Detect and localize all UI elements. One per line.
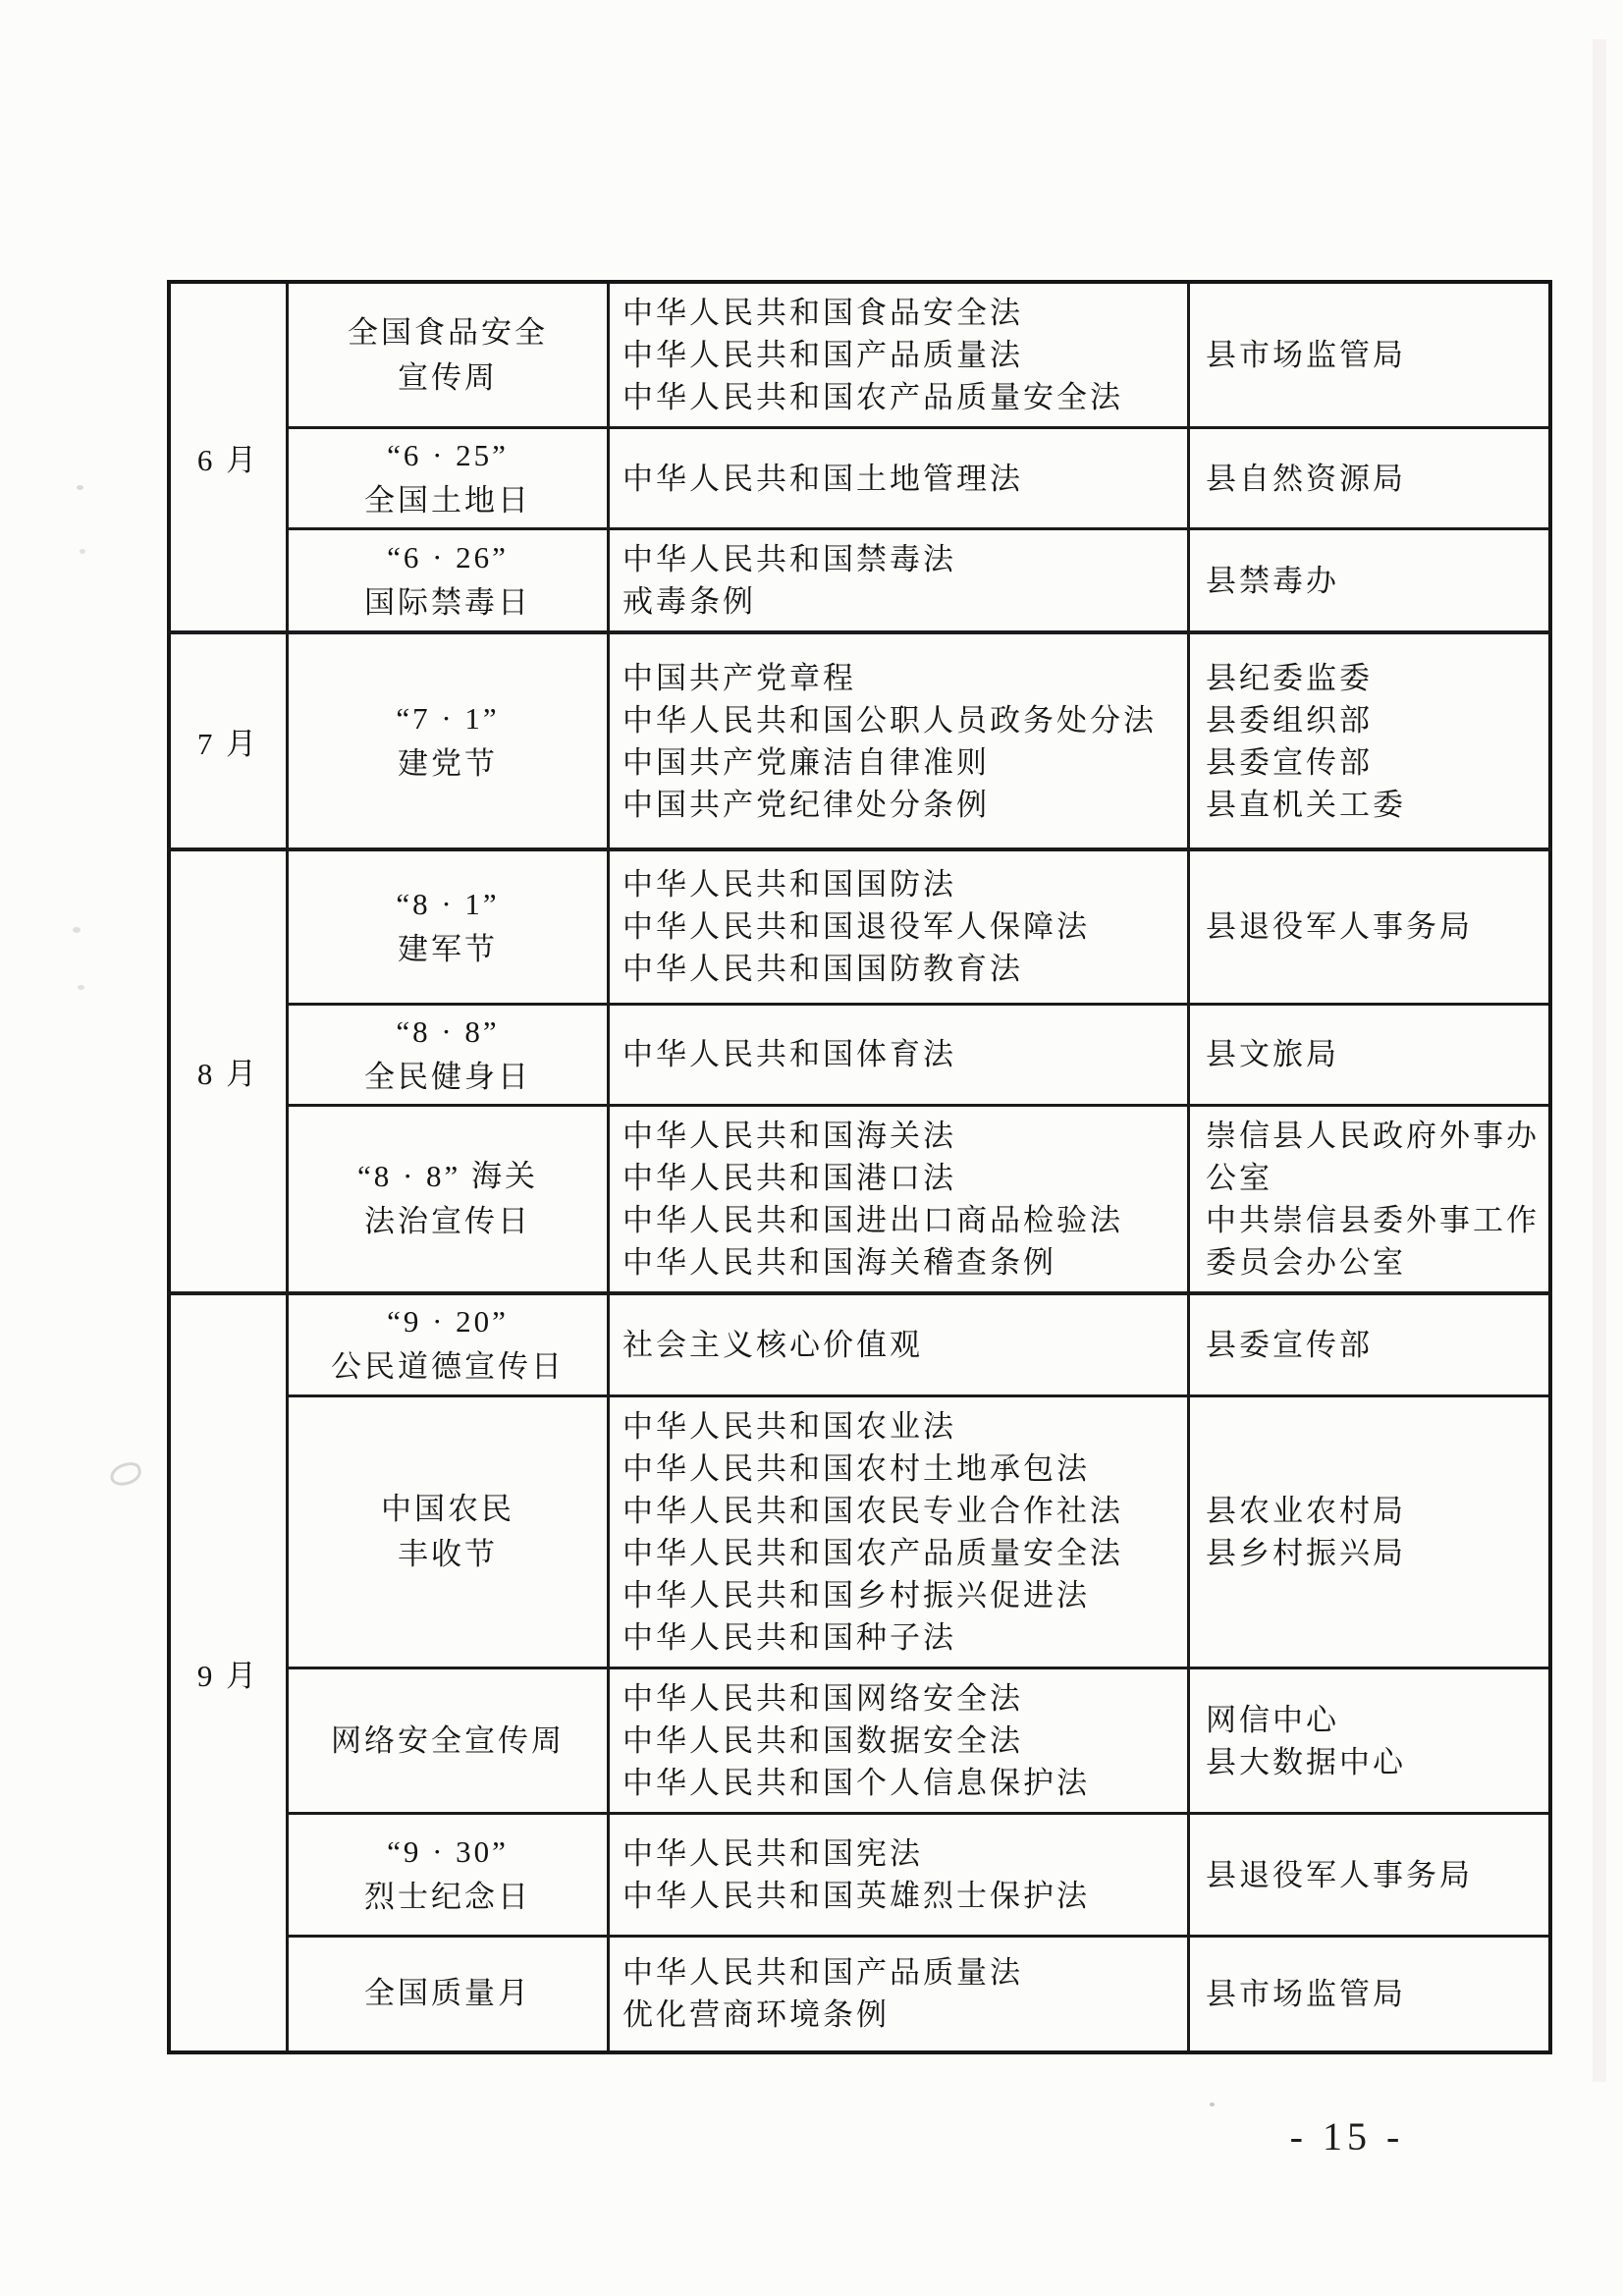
law-line: 中华人民共和国英雄烈士保护法 <box>622 1875 1185 1917</box>
event-cell: “9 · 20” 公民道德宣传日 <box>288 1293 609 1396</box>
law-line: 中国共产党章程 <box>622 657 1185 699</box>
law-line: 中华人民共和国农产品质量安全法 <box>622 376 1185 418</box>
laws-cell: 中华人民共和国禁毒法 戒毒条例 <box>609 529 1189 633</box>
month-cell: 8 月 <box>169 849 288 1293</box>
dept-cell: 崇信县人民政府外事办公室 中共崇信县委外事工作委员会办公室 <box>1189 1105 1551 1293</box>
page-number: - 15 - <box>1239 2113 1455 2159</box>
event-line: 国际禁毒日 <box>295 580 601 626</box>
dept-line: 县委宣传部 <box>1206 1324 1544 1366</box>
event-line: 全国食品安全 <box>295 310 601 355</box>
dept-cell: 县退役军人事务局 <box>1189 849 1551 1004</box>
event-line: 法治宣传日 <box>295 1199 601 1244</box>
laws-cell: 中华人民共和国食品安全法 中华人民共和国产品质量法 中华人民共和国农产品质量安全… <box>609 282 1189 428</box>
event-cell: “9 · 30” 烈士纪念日 <box>288 1814 609 1937</box>
event-line: “6 · 26” <box>295 535 601 580</box>
dept-cell: 县自然资源局 <box>1189 428 1551 529</box>
law-line: 中华人民共和国产品质量法 <box>622 334 1185 376</box>
event-line: “8 · 1” <box>295 882 601 927</box>
laws-cell: 社会主义核心价值观 <box>609 1293 1189 1396</box>
law-line: 中华人民共和国海关稽查条例 <box>622 1241 1185 1284</box>
scan-artifact <box>108 1460 143 1488</box>
event-line: 中国农民 <box>295 1487 601 1532</box>
event-cell: “6 · 25” 全国土地日 <box>288 428 609 529</box>
dept-line: 县市场监管局 <box>1206 334 1544 376</box>
dept-line: 中共崇信县委外事工作委员会办公室 <box>1206 1199 1544 1284</box>
event-line: 建党节 <box>295 741 601 787</box>
dept-line: 县乡村振兴局 <box>1206 1532 1544 1574</box>
event-line: “9 · 20” <box>295 1299 601 1344</box>
scan-artifact <box>73 927 81 933</box>
month-cell: 9 月 <box>169 1293 288 2052</box>
dept-line: 县市场监管局 <box>1206 1973 1544 2015</box>
dept-cell: 县委宣传部 <box>1189 1293 1551 1396</box>
event-cell: 全国质量月 <box>288 1937 609 2052</box>
dept-line: 县退役军人事务局 <box>1206 1854 1544 1896</box>
law-line: 中华人民共和国乡村振兴促进法 <box>622 1574 1185 1616</box>
law-line: 中华人民共和国土地管理法 <box>622 458 1185 500</box>
month-cell: 7 月 <box>169 632 288 849</box>
dept-cell: 县市场监管局 <box>1189 1937 1551 2052</box>
law-line: 中华人民共和国农业法 <box>622 1405 1185 1448</box>
event-line: “8 · 8” <box>295 1010 601 1055</box>
event-line: 烈士纪念日 <box>295 1875 601 1920</box>
laws-cell: 中华人民共和国海关法 中华人民共和国港口法 中华人民共和国进出口商品检验法 中华… <box>609 1105 1189 1293</box>
event-line: 公民道德宣传日 <box>295 1344 601 1390</box>
law-line: 中华人民共和国农产品质量安全法 <box>622 1532 1185 1574</box>
laws-cell: 中华人民共和国宪法 中华人民共和国英雄烈士保护法 <box>609 1814 1189 1937</box>
law-line: 中国共产党廉洁自律准则 <box>622 741 1185 784</box>
laws-cell: 中华人民共和国国防法 中华人民共和国退役军人保障法 中华人民共和国国防教育法 <box>609 849 1189 1004</box>
event-line: 建军节 <box>295 927 601 972</box>
law-line: 戒毒条例 <box>622 580 1185 623</box>
scan-artifact <box>77 485 83 490</box>
dept-line: 县退役军人事务局 <box>1206 905 1544 948</box>
dept-cell: 县退役军人事务局 <box>1189 1814 1551 1937</box>
law-line: 中华人民共和国种子法 <box>622 1616 1185 1659</box>
dept-line: 网信中心 <box>1206 1699 1544 1741</box>
dept-line: 县直机关工委 <box>1206 784 1544 826</box>
event-cell: 全国食品安全 宣传周 <box>288 282 609 428</box>
dept-line: 县农业农村局 <box>1206 1490 1544 1532</box>
law-line: 中华人民共和国农民专业合作社法 <box>622 1490 1185 1532</box>
event-cell: 网络安全宣传周 <box>288 1668 609 1814</box>
event-line: 宣传周 <box>295 355 601 401</box>
law-line: 中华人民共和国海关法 <box>622 1115 1185 1157</box>
law-line: 中华人民共和国国防教育法 <box>622 948 1185 990</box>
document-page: 6 月 全国食品安全 宣传周 中华人民共和国食品安全法 中华人民共和国产品质量法… <box>0 0 1623 2296</box>
dept-cell: 网信中心 县大数据中心 <box>1189 1668 1551 1814</box>
dept-line: 县大数据中心 <box>1206 1741 1544 1783</box>
law-line: 中华人民共和国退役军人保障法 <box>622 905 1185 948</box>
law-line: 中华人民共和国港口法 <box>622 1157 1185 1199</box>
scan-artifact <box>78 985 84 990</box>
scan-edge-artifact <box>1593 39 1606 2082</box>
law-promotion-schedule-table: 6 月 全国食品安全 宣传周 中华人民共和国食品安全法 中华人民共和国产品质量法… <box>167 280 1552 2054</box>
dept-cell: 县禁毒办 <box>1189 529 1551 633</box>
month-cell: 6 月 <box>169 282 288 632</box>
law-line: 中华人民共和国体育法 <box>622 1033 1185 1075</box>
dept-line: 县委宣传部 <box>1206 741 1544 784</box>
laws-cell: 中华人民共和国土地管理法 <box>609 428 1189 529</box>
event-cell: “8 · 8” 全民健身日 <box>288 1004 609 1105</box>
dept-line: 县委组织部 <box>1206 699 1544 741</box>
event-cell: “6 · 26” 国际禁毒日 <box>288 529 609 633</box>
dept-cell: 县农业农村局 县乡村振兴局 <box>1189 1396 1551 1668</box>
event-line: 全民健身日 <box>295 1055 601 1100</box>
dept-line: 县纪委监委 <box>1206 657 1544 699</box>
event-cell: “7 · 1” 建党节 <box>288 632 609 849</box>
law-line: 中华人民共和国食品安全法 <box>622 292 1185 334</box>
law-line: 中华人民共和国国防法 <box>622 863 1185 905</box>
law-line: 中华人民共和国产品质量法 <box>622 1951 1185 1994</box>
event-line: “6 · 25” <box>295 433 601 478</box>
laws-cell: 中华人民共和国网络安全法 中华人民共和国数据安全法 中华人民共和国个人信息保护法 <box>609 1668 1189 1814</box>
law-line: 中华人民共和国个人信息保护法 <box>622 1762 1185 1804</box>
event-line: 丰收节 <box>295 1532 601 1577</box>
event-line: “9 · 30” <box>295 1830 601 1875</box>
dept-line: 县自然资源局 <box>1206 458 1544 500</box>
scan-artifact <box>80 549 85 554</box>
event-line: 网络安全宣传周 <box>295 1719 601 1764</box>
event-line: “7 · 1” <box>295 696 601 741</box>
law-line: 中华人民共和国禁毒法 <box>622 538 1185 580</box>
dept-cell: 县文旅局 <box>1189 1004 1551 1105</box>
event-cell: 中国农民 丰收节 <box>288 1396 609 1668</box>
dept-line: 崇信县人民政府外事办公室 <box>1206 1115 1544 1199</box>
scan-artifact <box>1210 2103 1215 2106</box>
laws-cell: 中华人民共和国农业法 中华人民共和国农村土地承包法 中华人民共和国农民专业合作社… <box>609 1396 1189 1668</box>
law-line: 中国共产党纪律处分条例 <box>622 784 1185 826</box>
law-line: 中华人民共和国数据安全法 <box>622 1720 1185 1762</box>
law-line: 中华人民共和国宪法 <box>622 1832 1185 1875</box>
laws-cell: 中华人民共和国产品质量法 优化营商环境条例 <box>609 1937 1189 2052</box>
law-line: 社会主义核心价值观 <box>622 1324 1185 1366</box>
event-line: 全国质量月 <box>295 1971 601 2016</box>
event-line: “8 · 8” 海关 <box>295 1154 601 1199</box>
law-line: 中华人民共和国进出口商品检验法 <box>622 1199 1185 1241</box>
event-cell: “8 · 8” 海关 法治宣传日 <box>288 1105 609 1293</box>
law-line: 中华人民共和国网络安全法 <box>622 1677 1185 1720</box>
law-line: 中华人民共和国公职人员政务处分法 <box>622 699 1185 741</box>
dept-cell: 县市场监管局 <box>1189 282 1551 428</box>
event-cell: “8 · 1” 建军节 <box>288 849 609 1004</box>
dept-line: 县文旅局 <box>1206 1033 1544 1075</box>
laws-cell: 中国共产党章程 中华人民共和国公职人员政务处分法 中国共产党廉洁自律准则 中国共… <box>609 632 1189 849</box>
law-line: 优化营商环境条例 <box>622 1994 1185 2036</box>
dept-line: 县禁毒办 <box>1206 560 1544 602</box>
dept-cell: 县纪委监委 县委组织部 县委宣传部 县直机关工委 <box>1189 632 1551 849</box>
event-line: 全国土地日 <box>295 478 601 523</box>
law-line: 中华人民共和国农村土地承包法 <box>622 1448 1185 1490</box>
laws-cell: 中华人民共和国体育法 <box>609 1004 1189 1105</box>
